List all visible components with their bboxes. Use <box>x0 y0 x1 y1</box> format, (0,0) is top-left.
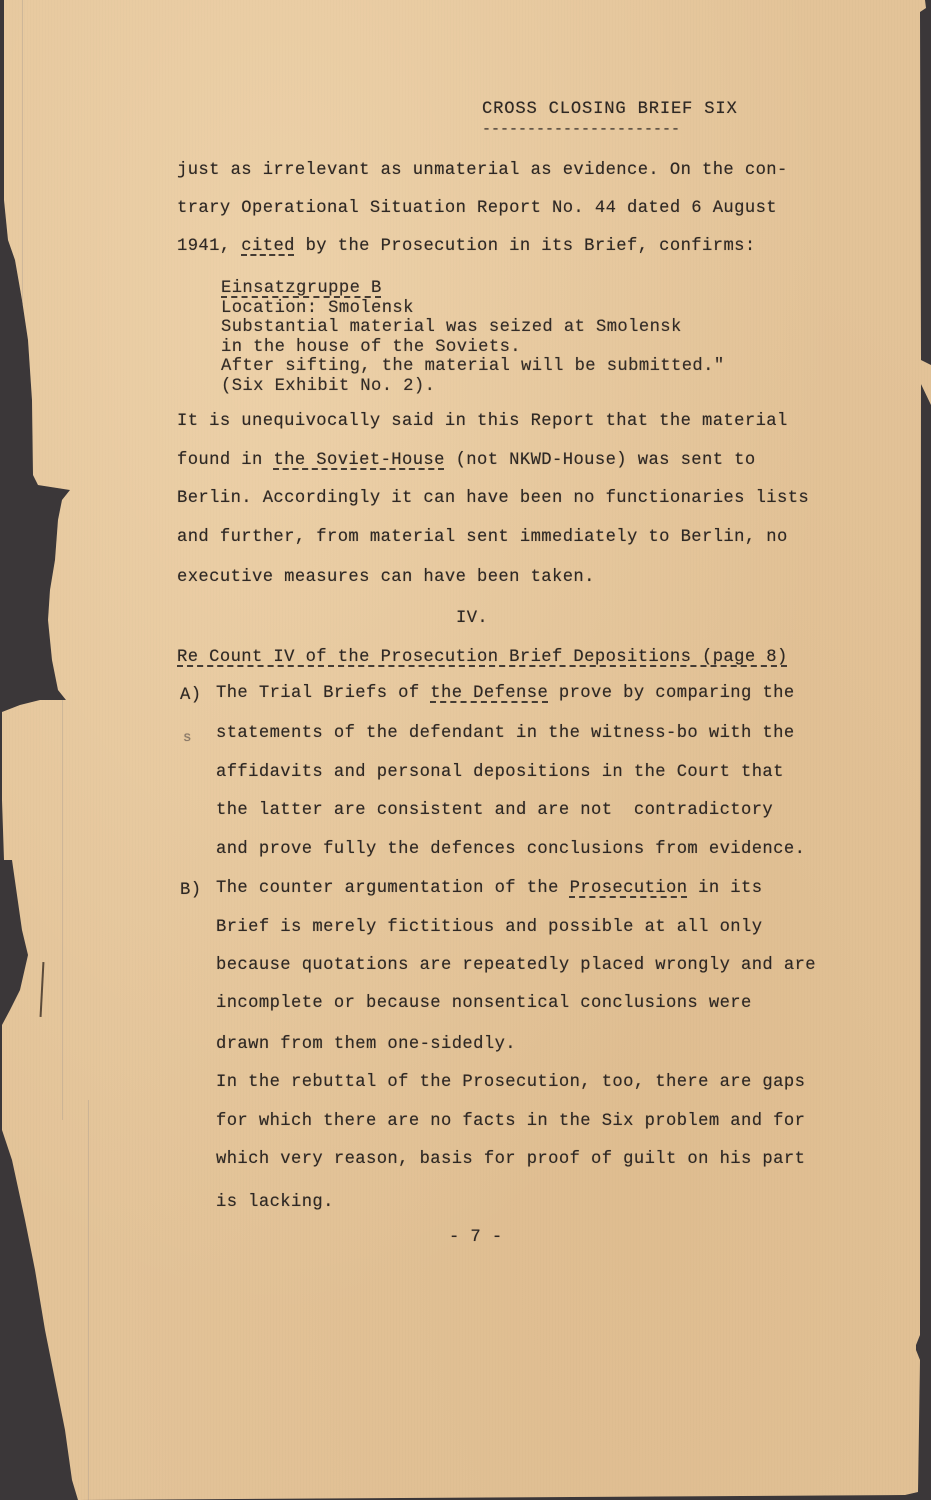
paragraph-3-line-4: is lacking. <box>216 1193 334 1213</box>
text-segment: prove by comparing the <box>548 684 794 703</box>
paragraph-1-line-3: 1941, cited by the Prosecution in its Br… <box>177 237 756 257</box>
item-a-line-4: the latter are consistent and are not co… <box>216 801 773 821</box>
paper-page: CROSS CLOSING BRIEF SIX ----------------… <box>0 0 931 1500</box>
text-segment: (not NKWD-House) was sent to <box>445 451 756 470</box>
item-b-marker: B) <box>180 881 201 901</box>
section-numeral: IV. <box>456 609 488 629</box>
section-heading-text: Re Count IV of the Prosecution Brief Dep… <box>177 648 788 667</box>
page-number: - 7 - <box>449 1228 503 1248</box>
item-b-line-4: incomplete or because nonsentical conclu… <box>216 994 752 1014</box>
document-title: CROSS CLOSING BRIEF SIX <box>482 100 738 120</box>
item-b-line-1: The counter argumentation of the Prosecu… <box>216 879 762 899</box>
quote-line-2: Location: Smolensk <box>221 299 414 319</box>
item-a-line-2: statements of the defendant in the witne… <box>216 724 795 744</box>
text-segment: by the Prosecution in its Brief, confirm… <box>295 237 756 256</box>
quote-line-5: After sifting, the material will be subm… <box>221 357 725 377</box>
item-a-line-5: and prove fully the defences conclusions… <box>216 840 805 860</box>
paragraph-3-line-3: which very reason, basis for proof of gu… <box>216 1150 805 1170</box>
paragraph-2-line-3: Berlin. Accordingly it can have been no … <box>177 489 809 509</box>
paragraph-3-line-2: for which there are no facts in the Six … <box>216 1112 805 1132</box>
fold-crease <box>88 1100 89 1500</box>
underlined-phrase: the Defense <box>430 684 548 703</box>
quote-line-3: Substantial material was seized at Smole… <box>221 318 682 338</box>
item-a-line-1: The Trial Briefs of the Defense prove by… <box>216 684 795 704</box>
paragraph-1-line-1: just as irrelevant as unmaterial as evid… <box>177 161 788 181</box>
section-heading: Re Count IV of the Prosecution Brief Dep… <box>177 648 788 668</box>
paragraph-2-line-2: found in the Soviet-House (not NKWD-Hous… <box>177 451 756 471</box>
fold-crease <box>62 700 63 1120</box>
text-segment: in its <box>687 879 762 898</box>
item-b-line-5: drawn from them one-sidedly. <box>216 1035 516 1055</box>
paragraph-3-line-1: In the rebuttal of the Prosecution, too,… <box>216 1073 805 1093</box>
quote-heading: Einsatzgruppe B <box>221 279 382 298</box>
text-segment: The Trial Briefs of <box>216 684 430 703</box>
underlined-phrase: the Soviet-House <box>273 451 444 470</box>
item-b-line-2: Brief is merely fictitious and possible … <box>216 918 762 938</box>
item-b-line-3: because quotations are repeatedly placed… <box>216 956 816 976</box>
underlined-word: Prosecution <box>570 879 688 898</box>
paragraph-1-line-2: trary Operational Situation Report No. 4… <box>177 199 777 219</box>
item-a-line-3: affidavits and personal depositions in t… <box>216 763 784 783</box>
quote-line-4: in the house of the Soviets. <box>221 338 521 358</box>
paragraph-2-line-1: It is unequivocally said in this Report … <box>177 412 788 432</box>
paragraph-2-line-5: executive measures can have been taken. <box>177 568 595 588</box>
text-segment: The counter argumentation of the <box>216 879 570 898</box>
text-segment: found in <box>177 451 273 470</box>
quote-line-6: (Six Exhibit No. 2). <box>221 377 435 397</box>
paragraph-2-line-4: and further, from material sent immediat… <box>177 528 788 548</box>
item-a-marker: A) <box>180 686 201 706</box>
title-underline: ---------------------- <box>482 120 680 140</box>
text-segment: 1941, <box>177 237 241 256</box>
underlined-word: cited <box>241 237 295 256</box>
paper-tear <box>40 962 45 1017</box>
quote-line-1: Einsatzgruppe B <box>221 279 382 299</box>
margin-mark: s <box>183 728 192 748</box>
